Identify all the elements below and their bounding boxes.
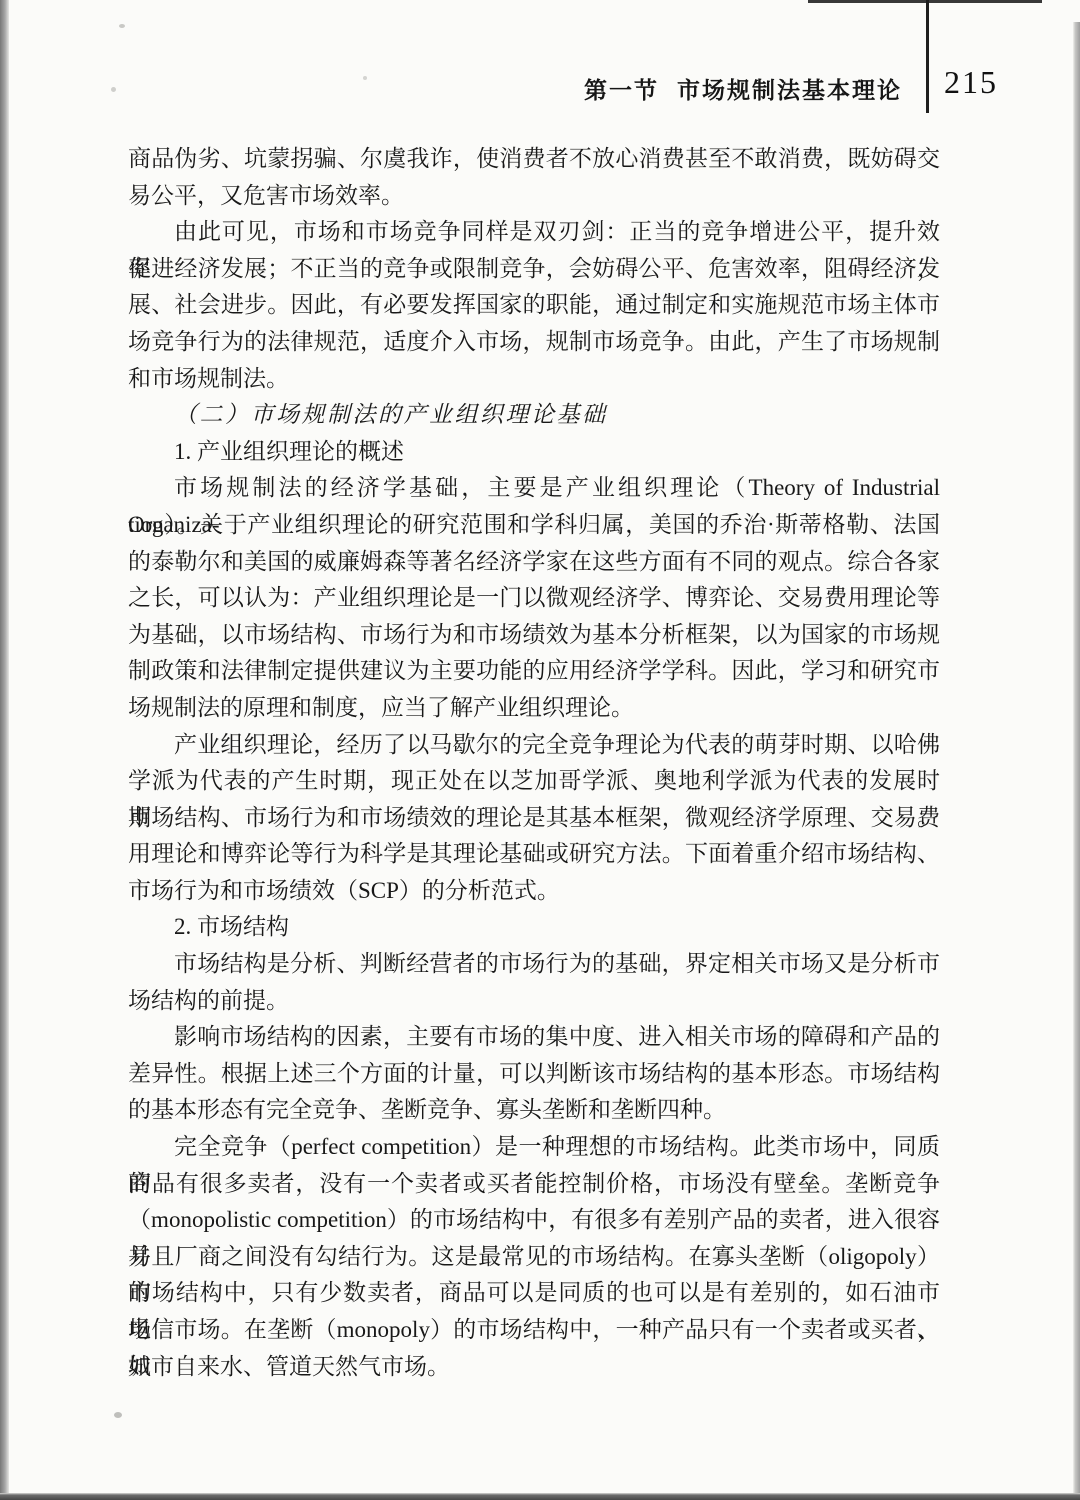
scan-speck (363, 76, 367, 80)
text-line: 制政策和法律制定提供建议为主要功能的应用经济学学科。因此，学习和研究市 (128, 653, 940, 690)
text-line: 产业组织理论，经历了以马歇尔的完全竞争理论为代表的萌芽时期、以哈佛 (128, 727, 940, 764)
scan-edge-bottom (0, 1493, 1080, 1500)
scan-speck (114, 1412, 122, 1418)
scan-edge-right (1073, 22, 1080, 1500)
text-line: 为基础，以市场结构、市场行为和市场绩效为基本分析框架，以为国家的市场规 (128, 617, 940, 654)
section-label: 第一节 (584, 77, 659, 103)
book-page-scan: 第一节市场规制法基本理论 215 商品伪劣、坑蒙拐骗、尔虞我诈，使消费者不放心消… (0, 0, 1080, 1500)
text-line: 市场行为和市场绩效（SCP）的分析范式。 (128, 873, 940, 910)
text-line: 差异性。根据上述三个方面的计量，可以判断该市场结构的基本形态。市场结构 (128, 1056, 940, 1093)
text-line: 1. 产业组织理论的概述 (128, 434, 940, 471)
text-line: 市场结构是分析、判断经营者的市场行为的基础，界定相关市场又是分析市 (128, 946, 940, 983)
text-line: （monopolistic competition）的市场结构中，有很多有差别产… (128, 1202, 940, 1239)
header-divider-line (926, 0, 929, 113)
text-line: tion）。关于产业组织理论的研究范围和学科归属，美国的乔治·斯蒂格勒、法国 (128, 507, 940, 544)
page-body-text: 商品伪劣、坑蒙拐骗、尔虞我诈，使消费者不放心消费甚至不敢消费，既妨碍交易公平，又… (128, 141, 940, 1385)
text-line: （二）市场规制法的产业组织理论基础 (128, 397, 940, 434)
text-line: 场结构的前提。 (128, 983, 940, 1020)
text-line: 由此可见，市场和市场竞争同样是双刃剑：正当的竞争增进公平，提升效率， (128, 214, 940, 251)
text-line: 电信市场。在垄断（monopoly）的市场结构中，一种产品只有一个卖者或买者，如 (128, 1312, 940, 1349)
text-line: 城市自来水、管道天然气市场。 (128, 1349, 940, 1386)
text-line: 促进经济发展；不正当的竞争或限制竞争，会妨碍公平、危害效率，阻碍经济发 (128, 251, 940, 288)
text-line: 场竞争行为的法律规范，适度介入市场，规制市场竞争。由此，产生了市场规制 (128, 324, 940, 361)
text-line: 市场结构、市场行为和市场绩效的理论是其基本框架，微观经济学原理、交易费 (128, 800, 940, 837)
text-line: 完全竞争（perfect competition）是一种理想的市场结构。此类市场… (128, 1129, 940, 1166)
text-line: 并且厂商之间没有勾结行为。这是最常见的市场结构。在寡头垄断（oligopoly）… (128, 1239, 940, 1276)
text-line: 市场规制法的经济学基础，主要是产业组织理论（Theory of Industri… (128, 470, 940, 507)
scan-speck (111, 87, 116, 92)
page-number: 215 (944, 64, 998, 101)
text-line: 用理论和博弈论等行为科学是其理论基础或研究方法。下面着重介绍市场结构、 (128, 836, 940, 873)
text-line: 商品伪劣、坑蒙拐骗、尔虞我诈，使消费者不放心消费甚至不敢消费，既妨碍交 (128, 141, 940, 178)
text-line: 学派为代表的产生时期，现正处在以芝加哥学派、奥地利学派为代表的发展时期。 (128, 763, 940, 800)
text-line: 易公平，又危害市场效率。 (128, 178, 940, 215)
text-line: 的基本形态有完全竞争、垄断竞争、寡头垄断和垄断四种。 (128, 1092, 940, 1129)
page-header: 第一节市场规制法基本理论 (584, 72, 902, 105)
text-line: 的泰勒尔和美国的威廉姆森等著名经济学家在这些方面有不同的观点。综合各家 (128, 544, 940, 581)
text-line: 之长，可以认为：产业组织理论是一门以微观经济学、博弈论、交易费用理论等 (128, 580, 940, 617)
scan-speck (119, 24, 125, 28)
scan-gutter-left (0, 0, 9, 1500)
text-line: 影响市场结构的因素，主要有市场的集中度、进入相关市场的障碍和产品的 (128, 1019, 940, 1056)
text-line: 2. 市场结构 (128, 909, 940, 946)
text-line: 和市场规制法。 (128, 361, 940, 398)
section-title: 市场规制法基本理论 (677, 77, 902, 103)
scan-rule-top (808, 0, 1042, 3)
text-line: 商品有很多卖者，没有一个卖者或买者能控制价格，市场没有壁垒。垄断竞争 (128, 1166, 940, 1203)
text-line: 展、社会进步。因此，有必要发挥国家的职能，通过制定和实施规范市场主体市 (128, 287, 940, 324)
text-line: 场规制法的原理和制度，应当了解产业组织理论。 (128, 690, 940, 727)
text-line: 市场结构中，只有少数卖者，商品可以是同质的也可以是有差别的，如石油市场、 (128, 1275, 940, 1312)
